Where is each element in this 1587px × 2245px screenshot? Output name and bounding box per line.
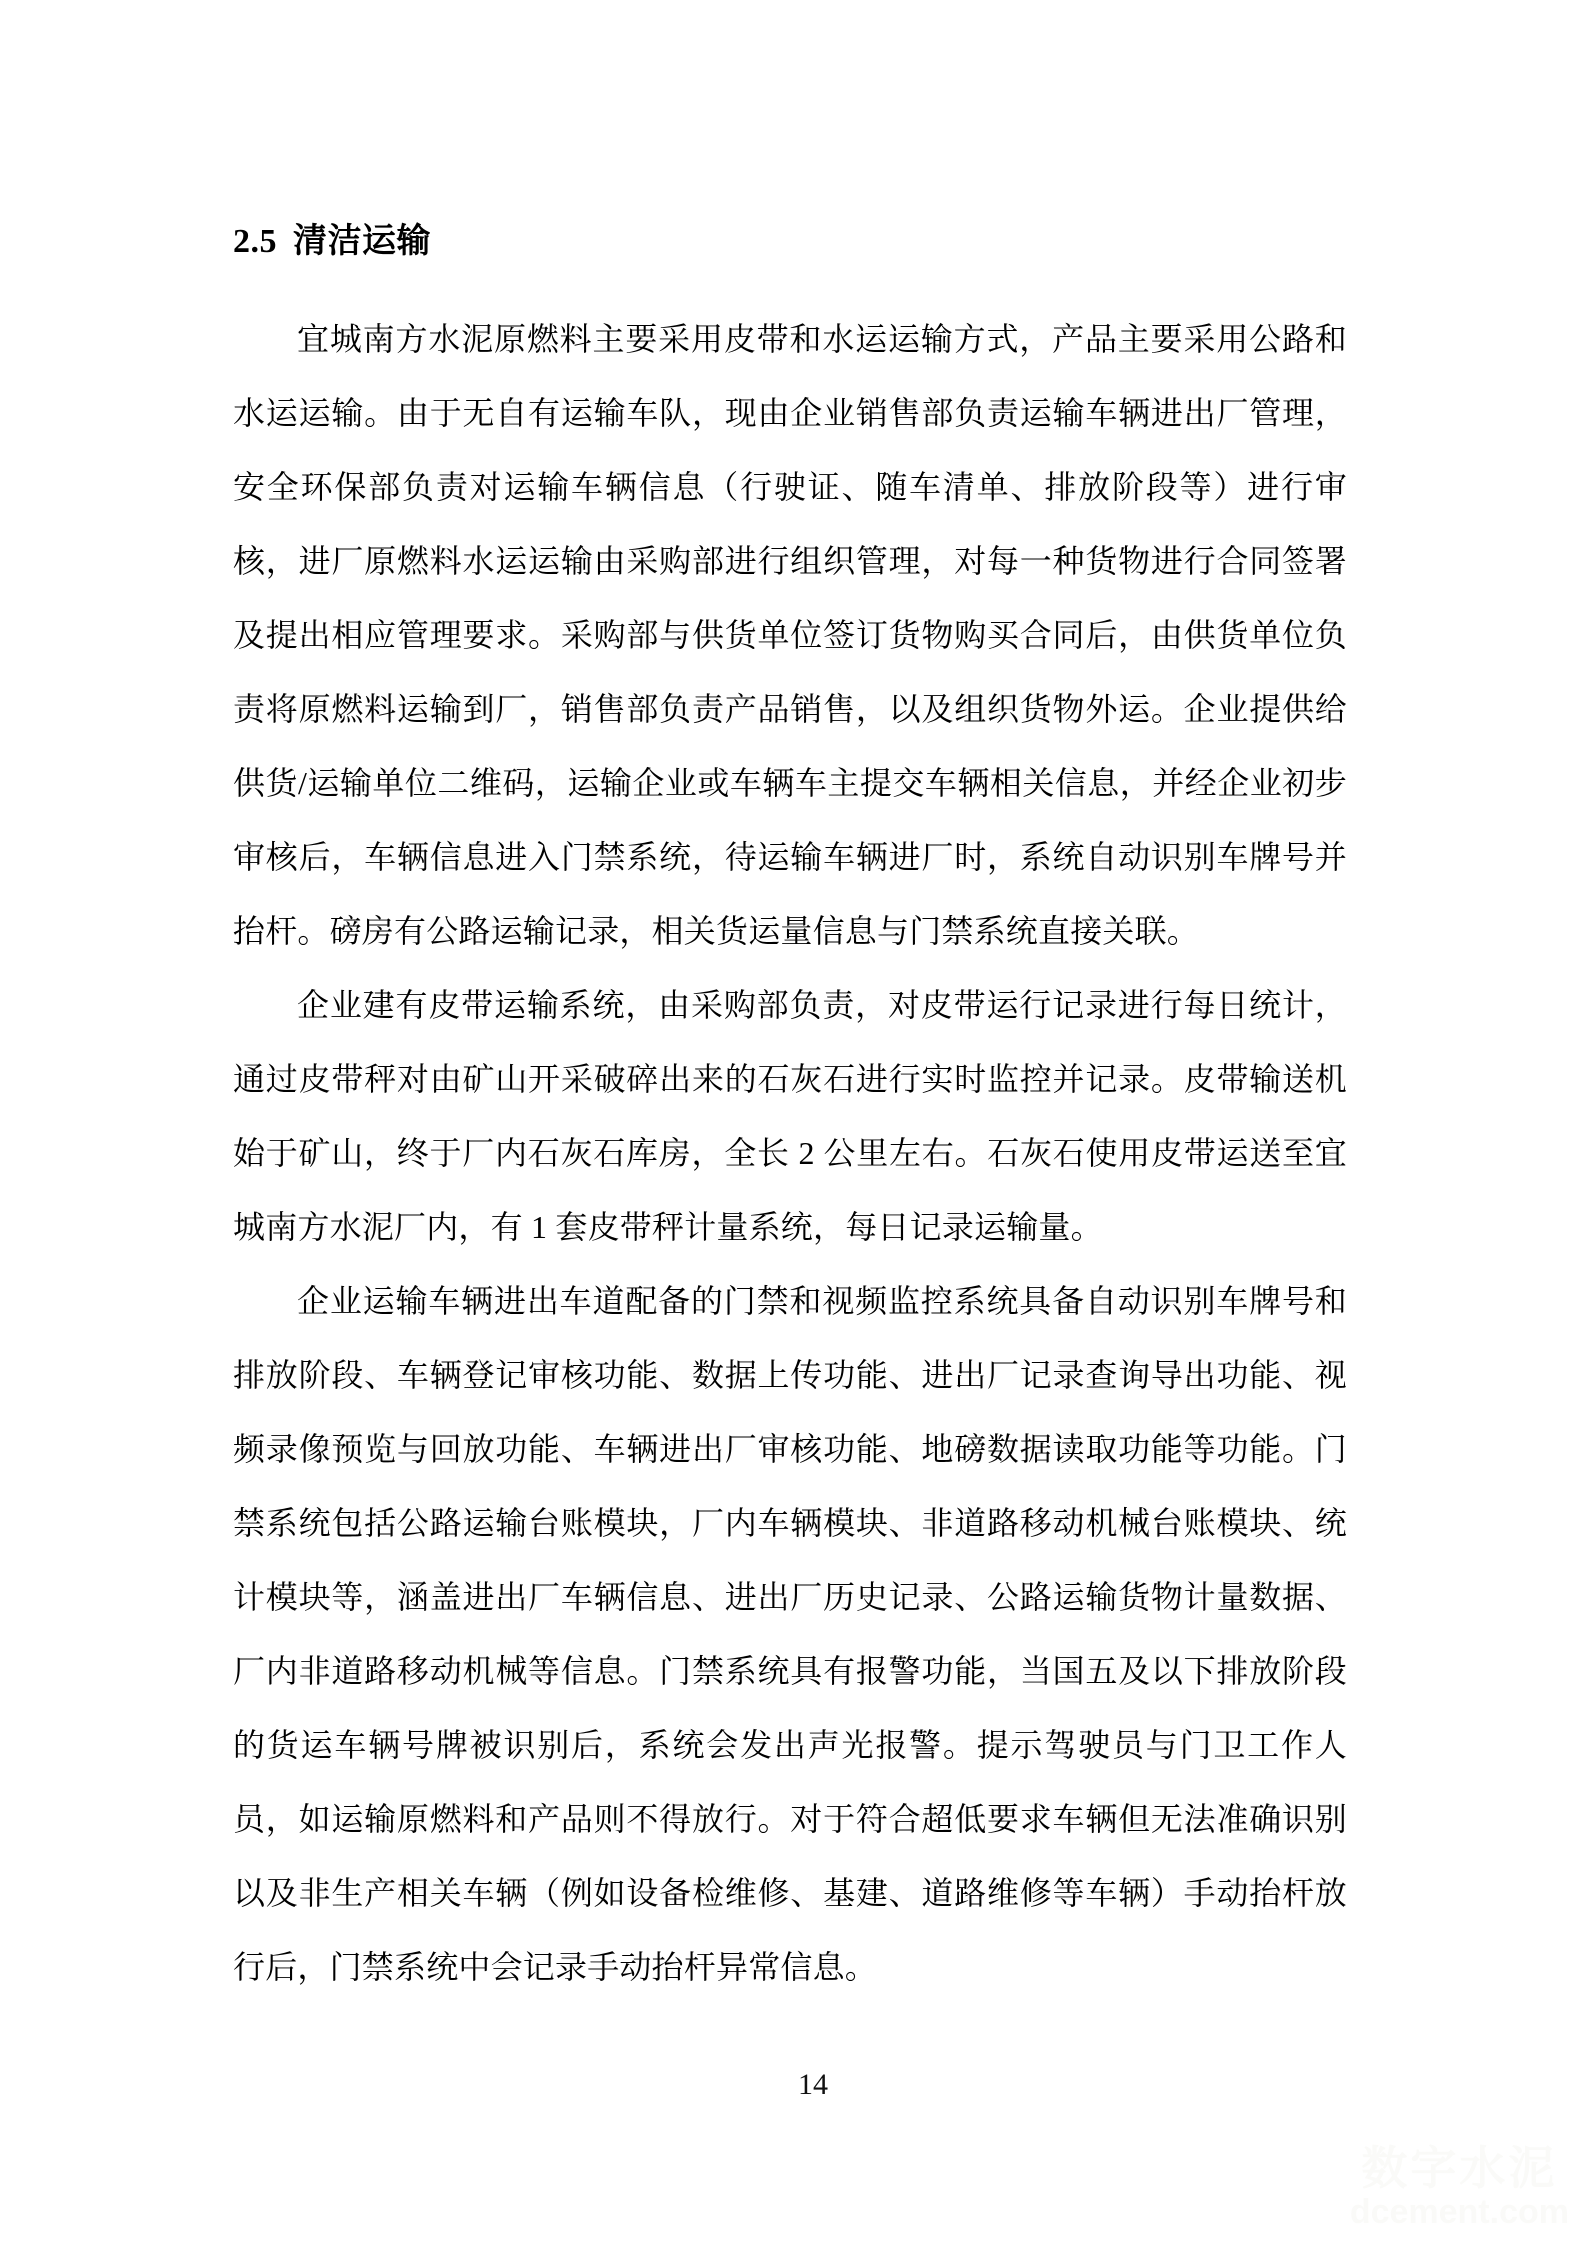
section-number: 2.5: [233, 223, 277, 260]
watermark: 数字水泥 dcement.com: [1350, 2143, 1569, 2231]
document-page: 2.5清洁运输 宜城南方水泥原燃料主要采用皮带和水运运输方式，产品主要采用公路和…: [0, 0, 1587, 2245]
paragraph-belt-system: 企业建有皮带运输系统，由采购部负责，对皮带运行记录进行每日统计，通过皮带秤对由矿…: [233, 968, 1347, 1264]
section-heading: 2.5清洁运输: [233, 222, 1347, 262]
paragraph-access-control-system: 企业运输车辆进出车道配备的门禁和视频监控系统具备自动识别车牌号和排放阶段、车辆登…: [233, 1264, 1347, 2004]
section-title: 清洁运输: [293, 223, 431, 260]
page-number: 14: [233, 2068, 1393, 2102]
document-body: 2.5清洁运输 宜城南方水泥原燃料主要采用皮带和水运运输方式，产品主要采用公路和…: [233, 222, 1347, 2004]
paragraph-transport-overview: 宜城南方水泥原燃料主要采用皮带和水运运输方式，产品主要采用公路和水运运输。由于无…: [233, 302, 1347, 968]
watermark-domain: dcement.com: [1350, 2193, 1569, 2231]
watermark-title: 数字水泥: [1350, 2143, 1569, 2193]
section-text: 宜城南方水泥原燃料主要采用皮带和水运运输方式，产品主要采用公路和水运运输。由于无…: [233, 302, 1347, 2004]
